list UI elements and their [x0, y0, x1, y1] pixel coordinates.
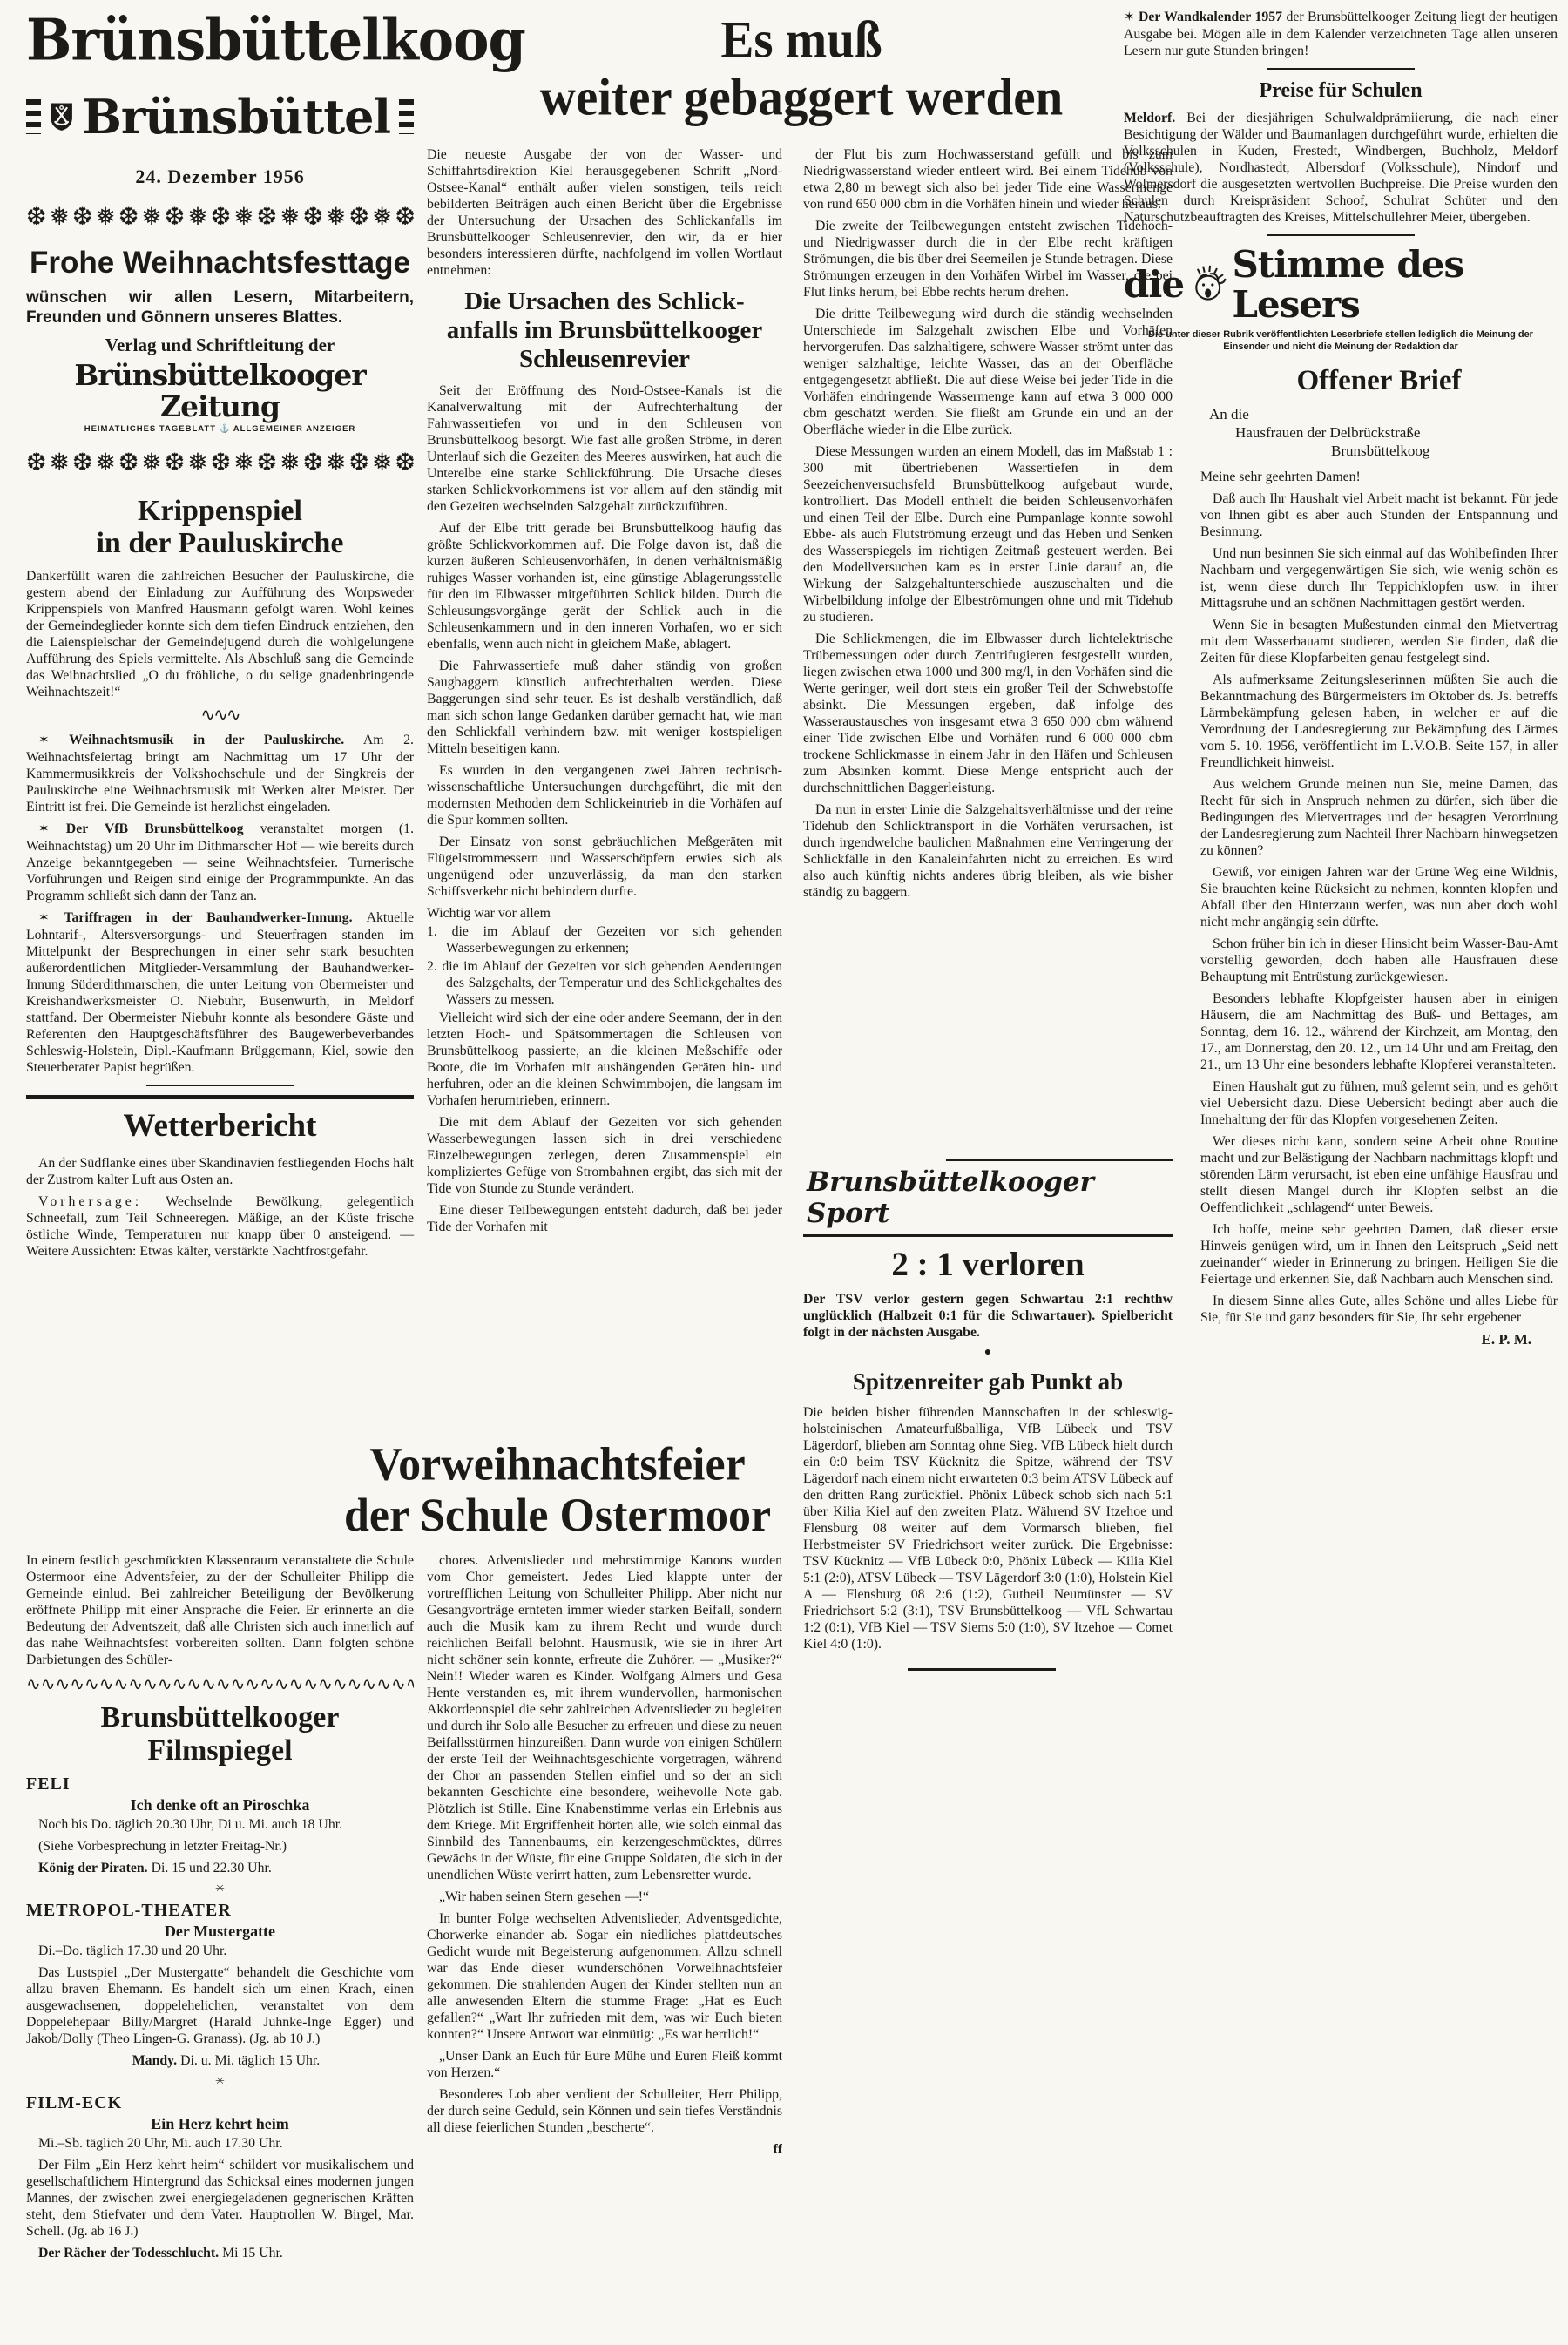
greeting-subtitle: wünschen wir allen Lesern, Mitarbeitern,… [26, 287, 414, 328]
paragraph: Der Einsatz von sonst gebräuchlichen Meß… [427, 834, 782, 900]
dot-divider-icon: ● [803, 1346, 1173, 1360]
paragraph: Als aufmerksame Zeitungsleserinnen müßte… [1200, 672, 1558, 771]
newspaper-page: Brünsbüttelkoog Brünsbüttel 24. Dezember… [0, 0, 1568, 2345]
stimme-logo-text: Stimme des Lesers [1232, 245, 1558, 325]
paragraph: Die dritte Teilbewegung wird durch die s… [803, 306, 1173, 438]
asterisk-divider-icon: ✳ [26, 1882, 414, 1896]
paragraph: Eine dieser Teilbewegungen entsteht dadu… [427, 1202, 782, 1235]
star-bullet-icon: ✶ [1124, 10, 1135, 24]
paragraph: Schon früher bin ich in dieser Hinsicht … [1200, 936, 1558, 985]
article-wetterbericht: Wetterbericht An der Südflanke eines übe… [26, 1108, 414, 1260]
cinema-block: FELI Ich denke oft an Piroschka Noch bis… [26, 1774, 414, 1896]
stimme-logo-die: die [1124, 265, 1184, 305]
short-rule [146, 1085, 294, 1086]
paragraph: Besonders lebhafte Klopfgeister hausen a… [1200, 990, 1558, 1073]
brief-address-line: An die [1200, 405, 1558, 423]
paragraph: Gewiß, vor einigen Jahren war der Grüne … [1200, 864, 1558, 930]
cinema-name: METROPOL-THEATER [26, 1901, 414, 1921]
article-preise: Preise für Schulen Meldorf. Bei der dies… [1124, 78, 1558, 226]
greeting-verlag-line: Verlag und Schriftleitung der [26, 335, 414, 356]
fir-garland-icon: ❆❅❆❅❆❅❆❅❆❅❆❅❆❅❆❅❆❅❆❅❆❅❆❅❆❅ [26, 200, 414, 235]
issue-date: 24. Dezember 1956 [26, 166, 414, 188]
stimme-des-lesers: die Stimme des Lesers Die unter dieser R… [1124, 245, 1558, 353]
weather-forecast: Vorhersage: Wechselnde Bewölkung, gelege… [26, 1193, 414, 1260]
film-title: Der Mustergatte [26, 1923, 414, 1941]
film-extra: Mandy. Di. u. Mi. täglich 15 Uhr. [26, 2052, 414, 2069]
news-note: ✶ Der VfB Brunsbüttelkoog veranstaltet m… [26, 821, 414, 904]
article-paragraphs: der Flut bis zum Hochwasserstand gefüllt… [803, 146, 1173, 901]
article-paragraphs: Seit der Eröffnung des Nord-Ostsee-Kanal… [427, 382, 782, 900]
reader-face-icon [1187, 260, 1228, 310]
squiggle-divider-icon: ∿∿∿ [26, 706, 414, 725]
sport-section: Brunsbüttelkooger Sport 2 : 1 verloren h… [803, 1159, 1173, 1671]
fir-garland-icon: ❆❅❆❅❆❅❆❅❆❅❆❅❆❅❆❅❆❅❆❅❆❅❆❅❆❅ [26, 446, 414, 481]
column-a-top: Brünsbüttelkoog Brünsbüttel 24. Dezember… [26, 12, 414, 1265]
film-extra: Der Rächer der Todesschlucht. Mi 15 Uhr. [26, 2245, 414, 2261]
numbered-list: 1. die im Ablauf der Gezeiten vor sich g… [427, 923, 782, 1008]
film-schedule: Noch bis Do. täglich 20.30 Uhr, Di u. Mi… [26, 1816, 414, 1833]
sport-report: hw Der TSV verlor gestern gegen Schwarta… [803, 1291, 1173, 1341]
paragraph: „Wir haben seinen Stern gesehen —!“ [427, 1889, 782, 1905]
weather-situation: An der Südflanke eines über Skandinavien… [26, 1155, 414, 1188]
brief-salutation: Meine sehr geehrten Damen! [1200, 469, 1558, 485]
paragraph: Diese Messungen wurden an einem Modell, … [803, 443, 1173, 625]
short-rule [908, 1668, 1056, 1671]
paragraph: Da nun in erster Linie die Salzgehaltsve… [803, 801, 1173, 901]
paragraph: Die Fahrwassertiefe muß daher ständig vo… [427, 658, 782, 757]
paragraph: Besonderes Lob aber verdient der Schulle… [427, 2086, 782, 2136]
weather-title: Wetterbericht [26, 1108, 414, 1145]
offener-brief: Offener Brief An die Hausfrauen der Delb… [1200, 365, 1558, 1348]
paragraph: Die zweite der Teilbewegungen entsteht z… [803, 218, 1173, 301]
article-title: Krippenspiel in der Pauluskirche [26, 495, 414, 559]
sport-headline: 2 : 1 verloren [803, 1246, 1173, 1284]
star-bullet-icon: ✶ [38, 733, 50, 747]
speedline-left-icon [26, 99, 41, 134]
preise-body: Meldorf. Bei der diesjährigen Schulwaldp… [1124, 110, 1558, 226]
note-lead: Der VfB Brunsbüttelkoog [66, 821, 244, 836]
list-intro: Wichtig war vor allem [427, 905, 782, 922]
note-text: Aktuelle Lohntarif-, Altersversorgungs- … [26, 910, 414, 1075]
paragraph: 2. die im Ablauf der Gezeiten vor sich g… [427, 958, 782, 1008]
masthead-title-line1: Brünsbüttelkoog [26, 10, 414, 70]
article-body: Dankerfüllt waren die zahlreichen Besuch… [26, 568, 414, 700]
film-schedule: Di.–Do. täglich 17.30 und 20 Uhr. [26, 1943, 414, 1959]
headline-line2: weiter gebaggert werden [540, 69, 1063, 126]
news-note: ✶ Weihnachtsmusik in der Pauluskirche. A… [26, 732, 414, 815]
paragraph: Vielleicht wird sich der eine oder ander… [427, 1010, 782, 1109]
article-krippenspiel: Krippenspiel in der Pauluskirche Dankerf… [26, 495, 414, 725]
note-lead: Weihnachtsmusik in der Pauluskirche. [69, 733, 344, 747]
cinema-block: METROPOL-THEATER Der Mustergatte Di.–Do.… [26, 1901, 414, 2088]
paragraph: Einen Haushalt gut zu führen, muß gelern… [1200, 1078, 1558, 1128]
paragraph: Die mit dem Ablauf der Gezeiten vor sich… [427, 1114, 782, 1197]
star-bullet-icon: ✶ [38, 911, 50, 925]
film-description: Das Lustspiel „Der Mustergatte“ behandel… [26, 1964, 414, 2047]
zeitung-logo: Brünsbüttelkooger Zeitung [26, 360, 414, 422]
forecast-label: Vorhersage: [38, 1194, 142, 1209]
article-paragraphs: Vielleicht wird sich der eine oder ander… [427, 1010, 782, 1235]
article-intro: Die neueste Ausgabe der von der Wasser- … [427, 146, 782, 279]
short-rule [1267, 68, 1415, 70]
paragraph: Es wurden in den vergangenen zwei Jahren… [427, 762, 782, 828]
ostermoor-lead: In einem festlich geschmückten Klassenra… [26, 1552, 414, 1668]
masthead-title-line2: Brünsbüttel [82, 92, 390, 141]
note-lead: Der Wandkalender 1957 [1139, 10, 1282, 24]
headline-line2: der Schule Ostermoor [344, 1490, 771, 1541]
film-title: Ich denke oft an Piroschka [26, 1796, 414, 1815]
paragraph: Aus welchem Grunde meinen nun Sie, meine… [1200, 776, 1558, 859]
paragraph: Die Schlickmengen, die im Elbwasser durc… [803, 631, 1173, 796]
ostermoor-signature: ff [427, 2141, 782, 2158]
masthead: Brünsbüttelkoog Brünsbüttel 24. Dezember… [26, 12, 414, 188]
film-title: Ein Herz kehrt heim [26, 2115, 414, 2133]
zeitung-logo-subline: HEIMATLICHES TAGEBLATT ⚓ ALLGEMEINER ANZ… [26, 424, 414, 434]
ostermoor-headline: Vorweihnachtsfeier der Schule Ostermoor [122, 1442, 993, 1539]
wandkalender-note: ✶ Der Wandkalender 1957 der Brunsbüttelk… [1124, 9, 1558, 59]
star-bullet-icon: ✶ [38, 822, 50, 836]
main-headline: Es muß weiter gebaggert werden [409, 14, 1193, 124]
film-extra: König der Piraten. Di. 15 und 22.30 Uhr. [26, 1860, 414, 1876]
rope-divider-icon: ∿∿∿∿∿∿∿∿∿∿∿∿∿∿∿∿∿∿∿∿∿∿∿∿∿∿∿∿∿∿∿∿∿∿∿ [26, 1675, 414, 1694]
asterisk-divider-icon: ✳ [26, 2074, 414, 2088]
film-schedule: Mi.–Sb. täglich 20 Uhr, Mi. auch 17.30 U… [26, 2135, 414, 2152]
thick-rule [26, 1095, 414, 1099]
greeting-box: Frohe Weihnachtsfesttage wünschen wir al… [26, 246, 414, 434]
greeting-title: Frohe Weihnachtsfesttage [26, 246, 414, 280]
film-note: (Siehe Vorbesprechung in letzter Freitag… [26, 1838, 414, 1855]
column-c-article: der Flut bis zum Hochwasserstand gefüllt… [803, 146, 1173, 1148]
article-subhead: Die Ursachen des Schlick- anfalls im Bru… [427, 287, 782, 374]
cinema-name: FELI [26, 1774, 414, 1794]
note-lead: Tariffragen in der Bauhandwerker-Innung. [64, 910, 352, 925]
paragraph: Wer dieses nicht kann, sondern seine Arb… [1200, 1133, 1558, 1216]
paragraph: Und nun besinnen Sie sich einmal auf das… [1200, 545, 1558, 612]
paragraph: Auf der Elbe tritt gerade bei Brunsbütte… [427, 520, 782, 652]
paragraph: „Unser Dank an Euch für Eure Mühe und Eu… [427, 2048, 782, 2081]
paragraph: In bunter Folge wechselten Adventslieder… [427, 1910, 782, 2043]
paragraph: Seit der Eröffnung des Nord-Ostsee-Kanal… [427, 382, 782, 515]
headline-line1: Es muß [720, 11, 882, 69]
brief-address-line: Brunsbüttelkoog [1200, 442, 1558, 460]
paragraph: Ich hoffe, meine sehr geehrten Damen, da… [1200, 1221, 1558, 1287]
crest-shield-icon [50, 77, 73, 157]
film-description: Der Film „Ein Herz kehrt heim“ schildert… [26, 2157, 414, 2240]
column-d: ✶ Der Wandkalender 1957 der Brunsbüttelk… [1124, 9, 1558, 1348]
paragraph: Wenn Sie in besagten Mußestunden einmal … [1200, 617, 1558, 666]
brief-signature: E. P. M. [1200, 1331, 1558, 1348]
sport-headline-2: Spitzenreiter gab Punkt ab [803, 1368, 1173, 1396]
paragraph: Daß auch Ihr Haushalt viel Arbeit macht … [1200, 490, 1558, 540]
column-b-bottom: chores. Adventslieder und mehrstimmige K… [427, 1552, 782, 2342]
preise-title: Preise für Schulen [1124, 78, 1558, 103]
paragraph: In diesem Sinne alles Gute, alles Schöne… [1200, 1293, 1558, 1326]
filmspiegel-title: Brunsbüttelkooger Filmspiegel [26, 1701, 414, 1767]
paragraph: chores. Adventslieder und mehrstimmige K… [427, 1552, 782, 1883]
cinema-block: FILM-ECK Ein Herz kehrt heim Mi.–Sb. täg… [26, 2093, 414, 2261]
brief-paragraphs: Daß auch Ihr Haushalt viel Arbeit macht … [1200, 490, 1558, 1326]
headline-line1: Vorweihnachtsfeier [369, 1439, 745, 1490]
brief-address-line: Hausfrauen der Delbrückstraße [1200, 423, 1558, 442]
news-note: ✶ Tariffragen in der Bauhandwerker-Innun… [26, 909, 414, 1076]
paragraph: 1. die im Ablauf der Gezeiten vor sich g… [427, 923, 782, 956]
ostermoor-paragraphs: chores. Adventslieder und mehrstimmige K… [427, 1552, 782, 2136]
filmspiegel-section: Brunsbüttelkooger Filmspiegel FELI Ich d… [26, 1701, 414, 2261]
column-b-article: Die neueste Ausgabe der von der Wasser- … [427, 146, 782, 1446]
paragraph: der Flut bis zum Hochwasserstand gefüllt… [803, 146, 1173, 213]
stimme-disclaimer: Die unter dieser Rubrik veröffentlichten… [1124, 328, 1558, 353]
cinema-name: FILM-ECK [26, 2093, 414, 2113]
short-rule [1267, 234, 1415, 236]
column-a-bottom: In einem festlich geschmückten Klassenra… [26, 1552, 414, 2342]
sport-section-title: Brunsbüttelkooger Sport [803, 1166, 1173, 1237]
news-notes: ✶ Weihnachtsmusik in der Pauluskirche. A… [26, 732, 414, 1076]
brief-title: Offener Brief [1200, 365, 1558, 396]
